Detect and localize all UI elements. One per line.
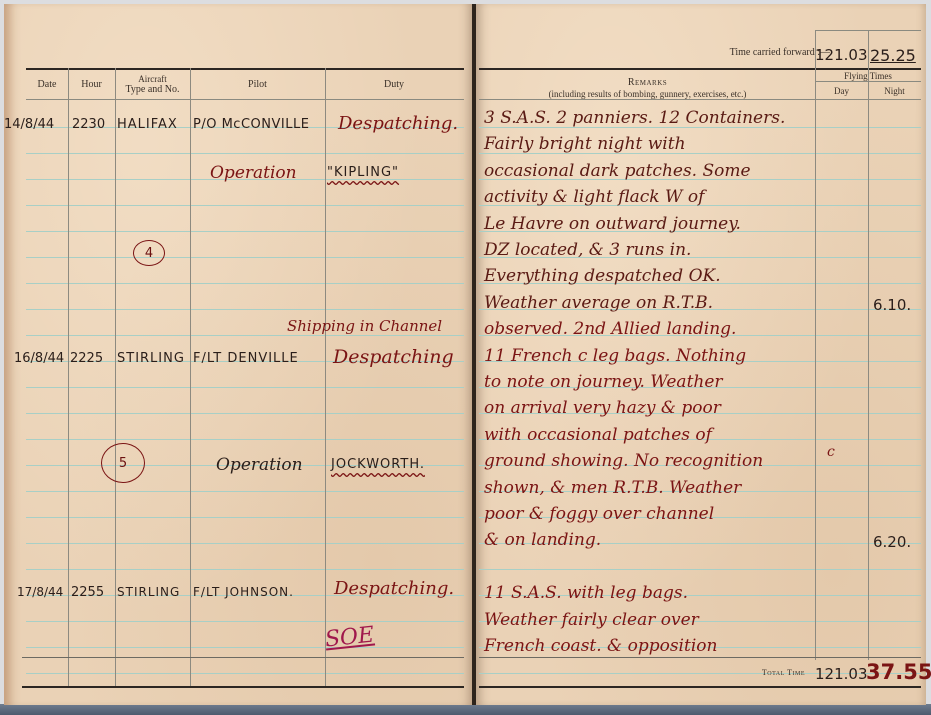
entry2-aircraft: STIRLING <box>117 351 185 366</box>
remark-line: French coast. & opposition <box>484 636 717 656</box>
entry1-operation-label: Operation <box>210 163 297 183</box>
ruled-line <box>26 569 464 570</box>
header-bottom-rule <box>26 99 464 100</box>
remark-line: & on landing. <box>484 530 601 550</box>
ruled-line <box>26 673 464 674</box>
total-time-day: 121.03 <box>815 665 868 683</box>
header-pilot: Pilot <box>190 79 325 91</box>
remark-line: with occasional patches of <box>484 425 712 445</box>
remark-line: to note on journey. Weather <box>484 372 723 392</box>
carried-forward-box-top <box>815 30 921 31</box>
header-duty: Duty <box>325 79 463 91</box>
header-hour: Hour <box>68 79 115 91</box>
remark-line: activity & light flack W of <box>484 187 704 207</box>
ruled-line <box>26 231 464 232</box>
remark-line: Fairly bright night with <box>484 134 686 154</box>
ruled-line <box>26 205 464 206</box>
entry1-sortie-number: 4 <box>133 240 165 266</box>
night-time-entry-1: 6.10. <box>873 296 911 314</box>
entry3-duty: Despatching. <box>334 578 454 599</box>
remark-line: 11 S.A.S. with leg bags. <box>484 583 688 603</box>
ruled-line <box>26 439 464 440</box>
ruled-line <box>26 257 464 258</box>
ruled-line <box>26 153 464 154</box>
entry2-duty-note: Shipping in Channel <box>287 317 442 335</box>
entry2-duty: Despatching <box>333 346 454 368</box>
margin-mark: c <box>827 444 835 460</box>
ruled-line <box>26 543 464 544</box>
entry3-soe-annotation: SOE <box>324 622 376 652</box>
column-divider <box>115 68 116 688</box>
header-top-rule <box>26 68 464 70</box>
day-column-divider <box>815 30 816 660</box>
header-date: Date <box>26 79 68 91</box>
total-time-label: Total Time <box>725 667 805 679</box>
ruled-line <box>26 335 464 336</box>
entry1-duty: Despatching. <box>338 113 458 134</box>
column-divider <box>190 68 191 688</box>
remark-line: 11 French c leg bags. Nothing <box>484 346 746 366</box>
entry3-hour: 2255 <box>71 585 104 600</box>
remark-line: ground showing. No recognition <box>484 451 763 471</box>
remark-line: Weather average on R.T.B. <box>484 293 713 313</box>
entry1-operation-name: "KIPLING" <box>327 165 399 180</box>
entry1-pilot: P/O McCONVILLE <box>193 117 309 132</box>
remark-line: observed. 2nd Allied landing. <box>484 319 736 339</box>
ruled-line <box>26 517 464 518</box>
left-subtotal-rule <box>22 657 464 658</box>
entry1-date: 14/8/44 <box>4 117 54 132</box>
carried-forward-day: 121.03 <box>815 46 868 64</box>
remark-line: Everything despatched OK. <box>484 266 721 286</box>
entry1-hour: 2230 <box>72 117 105 132</box>
ruled-line <box>26 491 464 492</box>
ruled-line <box>26 413 464 414</box>
day-header: Day <box>815 85 868 97</box>
remark-line: shown, & men R.T.B. Weather <box>484 478 741 498</box>
right-bottom-rule <box>479 686 921 688</box>
column-divider <box>68 68 69 688</box>
entry2-sortie-number: 5 <box>101 443 145 483</box>
entry2-pilot: F/LT DENVILLE <box>193 351 299 366</box>
book-binding <box>472 4 476 705</box>
ruled-line <box>26 283 464 284</box>
entry3-date: 17/8/44 <box>17 585 63 599</box>
night-time-entry-2: 6.20. <box>873 533 911 551</box>
right-subtotal-rule <box>479 657 921 658</box>
ruled-line <box>479 569 921 570</box>
total-time-night: 37.55 <box>866 660 931 684</box>
remark-line: Le Havre on outward journey. <box>484 214 741 234</box>
carried-forward-night: 25.25 <box>870 46 916 65</box>
entry1-aircraft: HALIFAX <box>117 117 178 132</box>
ruled-line <box>26 387 464 388</box>
entry3-pilot: F/LT JOHNSON. <box>193 585 294 599</box>
remark-line: 3 S.A.S. 2 panniers. 12 Containers. <box>484 108 785 128</box>
column-divider <box>325 68 326 688</box>
remark-line: occasional dark patches. Some <box>484 161 751 181</box>
remark-line: Weather fairly clear over <box>484 610 699 630</box>
window-bottom-bar <box>0 704 931 715</box>
entry2-date: 16/8/44 <box>14 351 64 366</box>
ruled-line <box>26 621 464 622</box>
remark-line: DZ located, & 3 runs in. <box>484 240 691 260</box>
ruled-line <box>26 647 464 648</box>
ruled-line <box>26 309 464 310</box>
entry3-aircraft: STIRLING <box>117 585 180 599</box>
left-bottom-rule <box>22 686 464 688</box>
remarks-subheader: (including results of bombing, gunnery, … <box>480 88 815 100</box>
night-header: Night <box>868 85 921 97</box>
night-column-divider <box>868 30 869 660</box>
entry2-operation-label: Operation <box>216 455 303 475</box>
remark-line: poor & foggy over channel <box>484 504 714 524</box>
header-aircraft-line2: Type and No. <box>115 84 190 96</box>
remark-line: on arrival very hazy & poor <box>484 398 721 418</box>
entry2-hour: 2225 <box>70 351 103 366</box>
entry2-operation-name: JOCKWORTH. <box>331 457 425 472</box>
time-carried-forward-label: Time carried forward :— <box>690 47 830 59</box>
